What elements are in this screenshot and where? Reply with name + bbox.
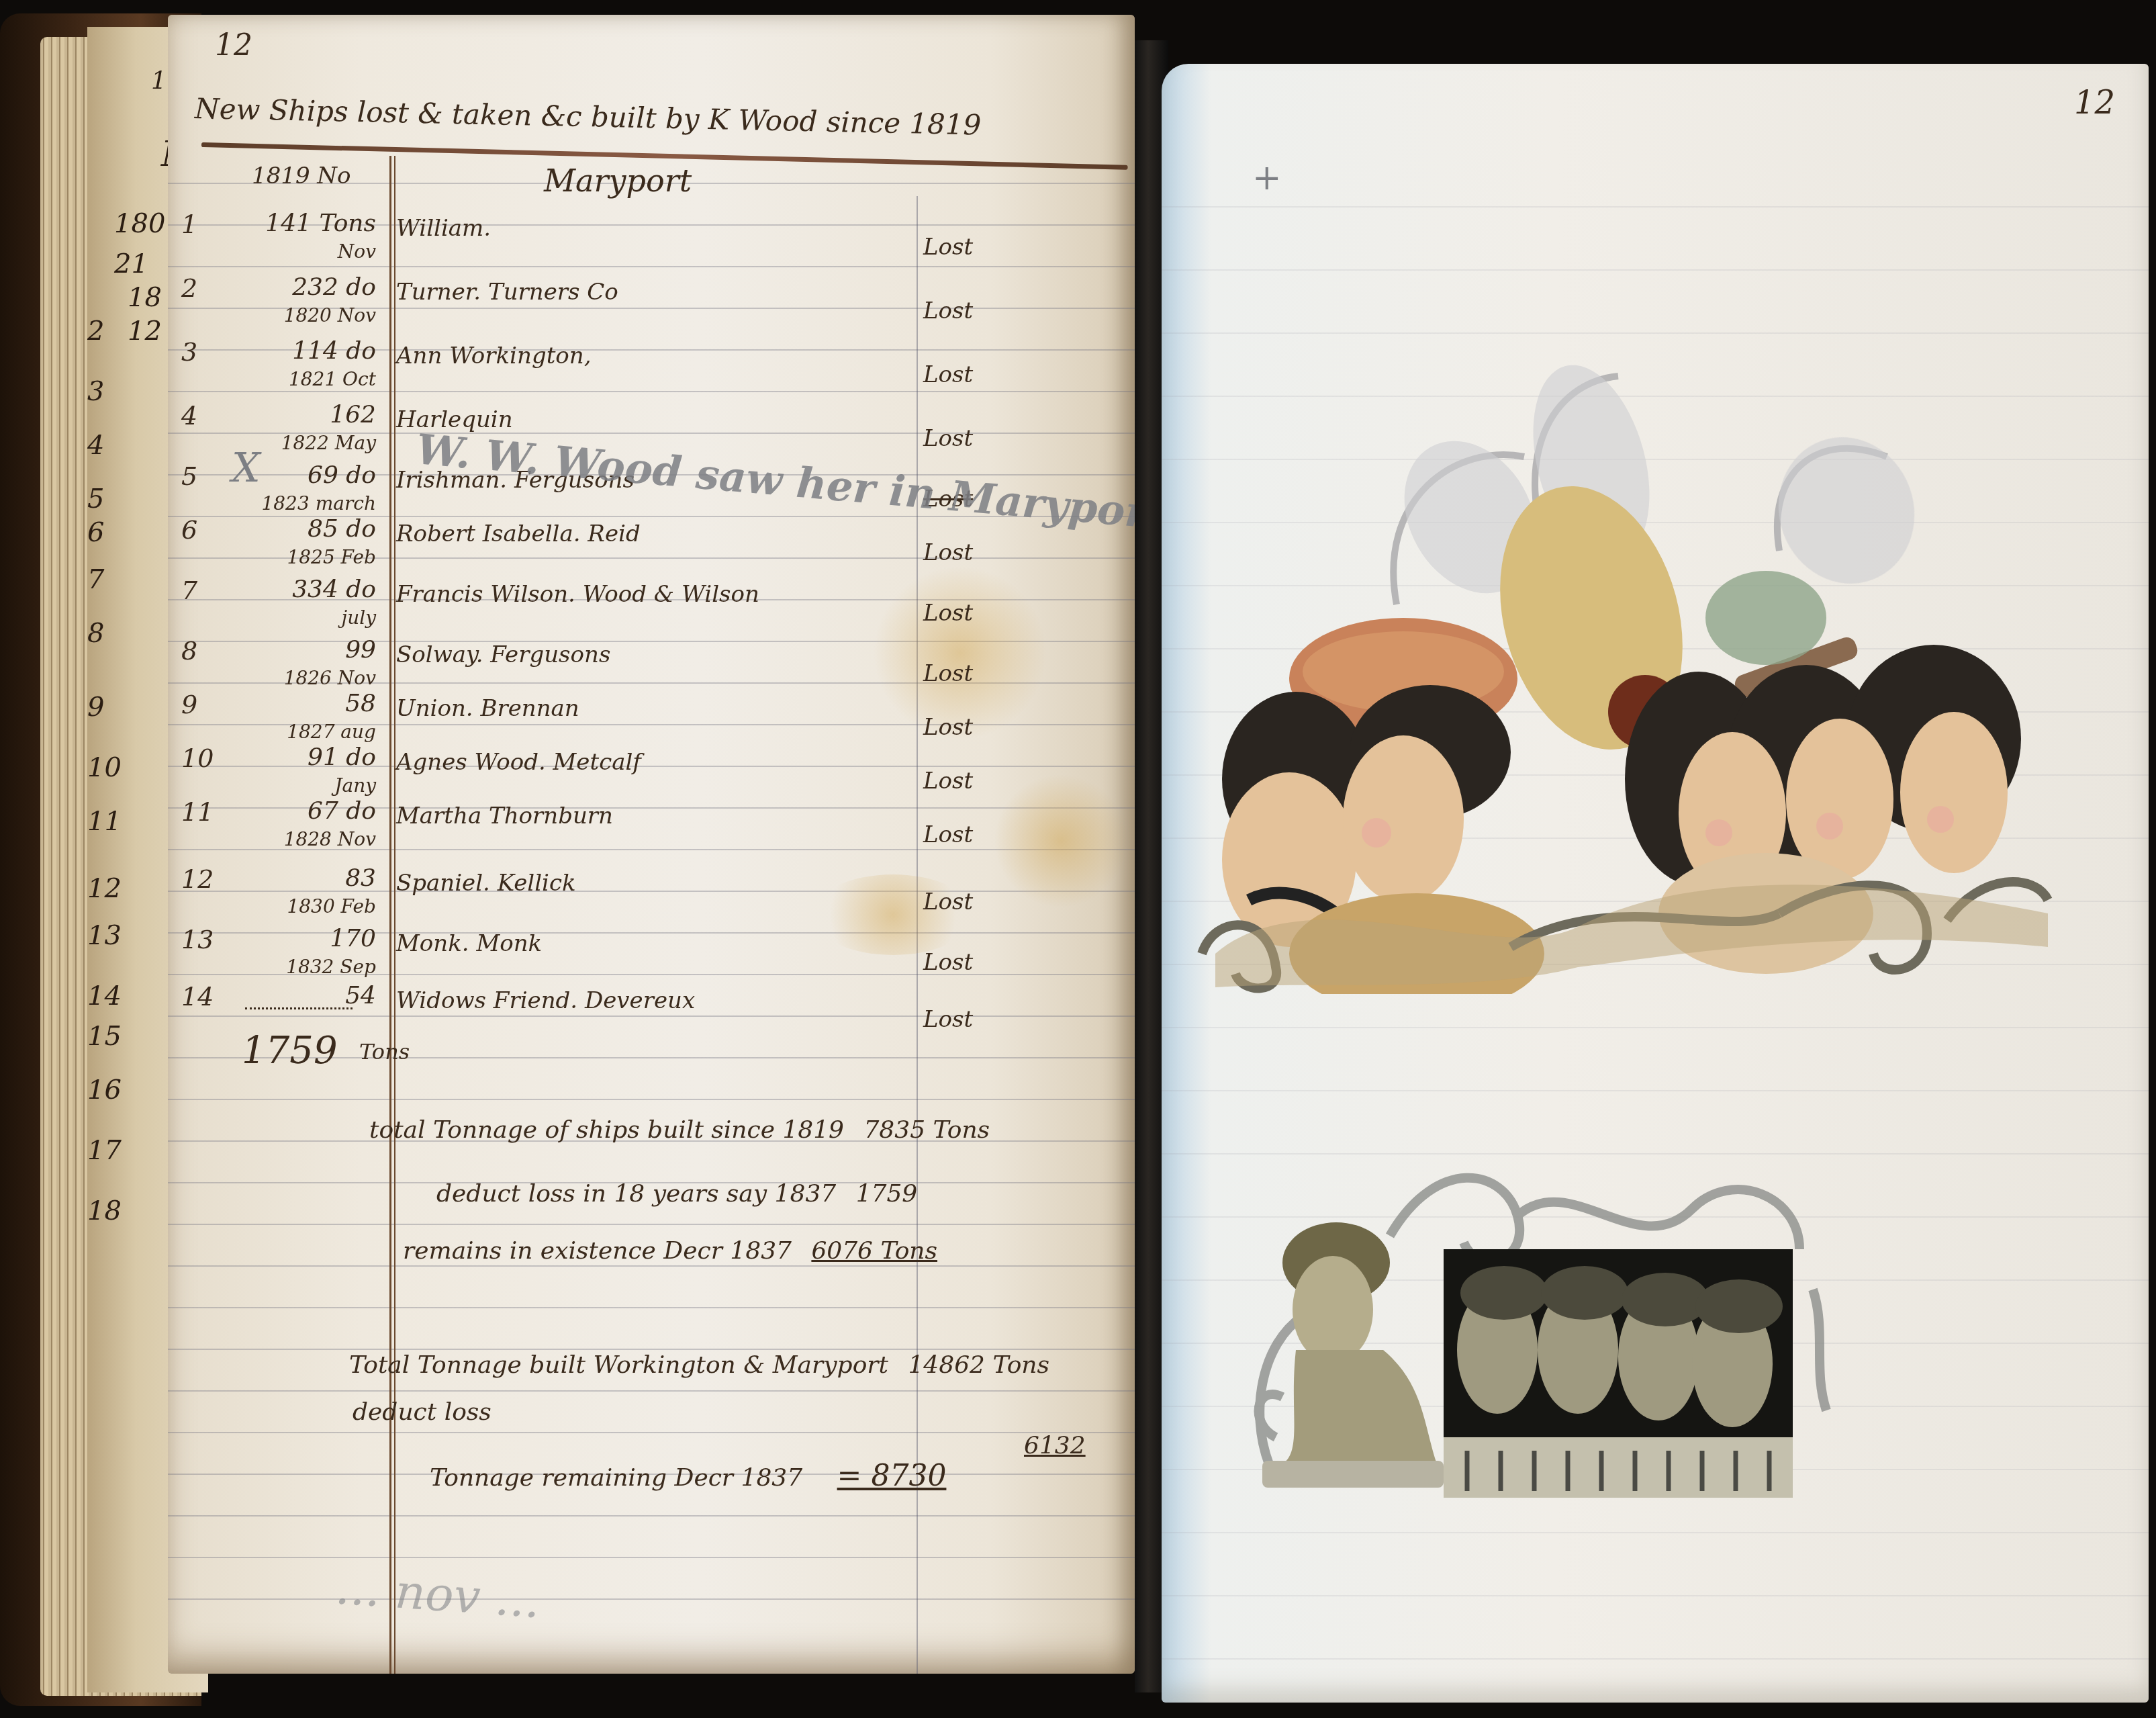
- under-row-number: 2: [87, 316, 104, 347]
- entry-ship-name: William.: [396, 215, 491, 242]
- entry-tons: 54: [248, 982, 376, 1009]
- entry-status: Lost: [923, 949, 973, 976]
- under-row-number: 4: [87, 430, 104, 461]
- entry-tons: 114 do: [248, 337, 376, 365]
- calc-line: remains in existence Decr 1837 6076 Tons: [403, 1237, 937, 1265]
- entry-ship-name: Spaniel. Kellick: [396, 870, 576, 897]
- entry-ship-name: Agnes Wood. Metcalf: [396, 749, 641, 776]
- calc-label: remains in existence Decr 1837: [403, 1237, 792, 1265]
- entry-tons: 83: [248, 864, 376, 892]
- calc-label: total Tonnage of ships built since 1819: [369, 1116, 844, 1144]
- entry-tons: 69 do: [248, 461, 376, 489]
- illustrated-page-right: 12 + Watercolour of six heads in period …: [1162, 64, 2149, 1703]
- entry-tons: 91 do: [248, 743, 376, 771]
- under-row-number: 8: [87, 618, 104, 649]
- pencil-cross-mark: X: [232, 445, 261, 492]
- entry-ship-name: Widows Friend. Devereux: [396, 987, 695, 1014]
- entry-status: Lost: [923, 660, 973, 687]
- entry-status: Lost: [923, 425, 973, 452]
- entry-number: 12: [181, 864, 214, 894]
- calc-line: total Tonnage of ships built since 1819 …: [369, 1116, 990, 1144]
- calc-line: deduct loss in 18 years say 1837 1759: [436, 1180, 917, 1208]
- pencil-cross-mark: +: [1252, 158, 1282, 198]
- ledger-page-left: 12 New Ships lost & taken &c built by K …: [168, 15, 1135, 1674]
- page-number: 12: [2074, 84, 2115, 122]
- entry-ship-name: Ann Workington,: [396, 343, 592, 369]
- ledger-row: 6 85 do 1825 Feb Robert Isabella. Reid L…: [168, 515, 1135, 577]
- under-year: 12: [128, 316, 162, 347]
- under-row-number: 10: [87, 752, 122, 783]
- calc-value: = 8730: [837, 1459, 947, 1493]
- entry-status: Lost: [923, 768, 973, 795]
- under-row-number: 14: [87, 981, 122, 1011]
- entry-date: july: [228, 606, 376, 629]
- entry-number: 6: [181, 515, 197, 545]
- under-row-number: 15: [87, 1021, 122, 1052]
- ledger-row: 9 58 1827 aug Union. Brennan Lost: [168, 690, 1135, 752]
- entry-date: 1823 march: [228, 492, 376, 514]
- ledger-row: 11 67 do 1828 Nov Martha Thornburn Lost: [168, 797, 1135, 859]
- page-number: 12: [215, 28, 252, 62]
- ledger-row: 2 232 do 1820 Nov Turner. Turners Co Los…: [168, 273, 1135, 335]
- column-header-place: Maryport: [544, 163, 692, 199]
- calc-label: deduct loss: [353, 1398, 491, 1426]
- entry-number: 4: [181, 401, 197, 431]
- under-row-number: 6: [87, 517, 104, 548]
- calc-value: 14862 Tons: [908, 1351, 1049, 1379]
- entry-status: Lost: [923, 361, 973, 388]
- entry-date: 1828 Nov: [228, 828, 376, 850]
- under-row-number: 16: [87, 1075, 122, 1105]
- ledger-title: New Ships lost & taken &c built by K Woo…: [194, 92, 981, 142]
- total-tonnage-lost: 1759: [242, 1029, 338, 1073]
- entry-number: 11: [181, 797, 214, 827]
- entry-tons: 334 do: [248, 576, 376, 603]
- entry-ship-name: Monk. Monk: [396, 930, 542, 957]
- under-year: 18: [128, 282, 162, 313]
- sum-rule: [245, 1007, 353, 1013]
- entry-tons: 170: [248, 925, 376, 952]
- total-tonnage-unit: Tons: [359, 1039, 410, 1065]
- entry-tons: 232 do: [248, 273, 376, 301]
- entry-number: 13: [181, 925, 214, 954]
- calc-line: Total Tonnage built Workington & Marypor…: [349, 1351, 1049, 1379]
- entry-number: 1: [181, 210, 197, 239]
- entry-number: 14: [181, 982, 214, 1011]
- calc-line: deduct loss 6132: [353, 1398, 491, 1426]
- ledger-row: 13 170 1832 Sep Monk. Monk Lost: [168, 925, 1135, 987]
- under-row-number: 3: [87, 376, 104, 407]
- entry-tons: 67 do: [248, 797, 376, 825]
- calc-value: 1759: [856, 1180, 918, 1208]
- calc-value: 6132: [1024, 1432, 1086, 1459]
- under-row-number: 9: [87, 692, 104, 723]
- calc-label: Total Tonnage built Workington & Marypor…: [349, 1351, 888, 1379]
- entry-status: Lost: [923, 714, 973, 741]
- entry-ship-name: Turner. Turners Co: [396, 279, 618, 306]
- ledger-row: 1 141 Tons Nov William. Lost: [168, 210, 1135, 271]
- entry-tons: 141 Tons: [248, 210, 376, 237]
- entry-date: 1825 Feb: [228, 546, 376, 568]
- ledger-row: 8 99 1826 Nov Solway. Fergusons Lost: [168, 636, 1135, 698]
- entry-ship-name: Solway. Fergusons: [396, 641, 610, 668]
- entry-number: 7: [181, 576, 197, 605]
- watercolour-heads-illustration: Watercolour of six heads in period costu…: [1175, 363, 2075, 994]
- entry-tons: 85 do: [248, 515, 376, 543]
- entry-number: 8: [181, 636, 197, 666]
- entry-ship-name: Martha Thornburn: [396, 803, 613, 829]
- under-row-number: 5: [87, 484, 104, 514]
- ledger-row: 12 83 1830 Feb Spaniel. Kellick Lost: [168, 864, 1135, 926]
- entry-number: 5: [181, 461, 197, 491]
- entry-status: Lost: [923, 821, 973, 848]
- under-year: 21: [114, 248, 148, 279]
- ledger-row: 7 334 do july Francis Wilson. Wood & Wil…: [168, 576, 1135, 637]
- entry-number: 3: [181, 337, 197, 367]
- ledger-row: 10 91 do Jany Agnes Wood. Metcalf Lost: [168, 743, 1135, 805]
- column-header-year-no: 1819 No: [252, 163, 351, 189]
- entry-status: Lost: [923, 539, 973, 566]
- entry-date: 1820 Nov: [228, 304, 376, 326]
- entry-date: Jany: [228, 774, 376, 797]
- calc-value: 7835 Tons: [863, 1116, 990, 1144]
- under-row-number: 13: [87, 920, 122, 951]
- ledger-row: 3 114 do 1821 Oct Ann Workington, Lost: [168, 337, 1135, 399]
- entry-ship-name: Robert Isabella. Reid: [396, 521, 641, 547]
- entry-date: 1827 aug: [228, 721, 376, 743]
- entry-status: Lost: [923, 298, 973, 324]
- entry-number: 10: [181, 743, 214, 773]
- calc-label: deduct loss in 18 years say 1837: [436, 1180, 836, 1208]
- entry-tons: 99: [248, 636, 376, 664]
- grisaille-bust-illustration: Grisaille drawing of a classical bust be…: [1222, 1128, 1867, 1504]
- entry-status: Lost: [923, 600, 973, 627]
- entry-tons: 162: [248, 401, 376, 428]
- entry-number: 2: [181, 273, 197, 303]
- entry-ship-name: Union. Brennan: [396, 695, 579, 722]
- calc-value: 6076 Tons: [811, 1237, 937, 1265]
- entry-number: 9: [181, 690, 197, 719]
- entry-date: 1830 Feb: [228, 895, 376, 917]
- entry-date: 1826 Nov: [228, 667, 376, 689]
- under-row-number: 17: [87, 1135, 122, 1166]
- under-row-number: 11: [87, 806, 122, 837]
- entry-status: Lost: [923, 234, 973, 261]
- entry-ship-name: Francis Wilson. Wood & Wilson: [396, 581, 759, 608]
- entry-date: 1832 Sep: [228, 956, 376, 978]
- entry-tons: 58: [248, 690, 376, 717]
- calc-line: Tonnage remaining Decr 1837 = 8730: [430, 1459, 946, 1493]
- entry-status: Lost: [923, 889, 973, 915]
- under-row-number: 7: [87, 564, 104, 595]
- entry-date: 1821 Oct: [228, 368, 376, 390]
- calc-label: Tonnage remaining Decr 1837: [430, 1464, 802, 1492]
- entry-date: Nov: [228, 240, 376, 263]
- under-year: 180: [114, 208, 165, 239]
- under-row-number: 18: [87, 1195, 122, 1226]
- entry-status: Lost: [923, 1006, 973, 1033]
- under-row-number: 12: [87, 873, 122, 904]
